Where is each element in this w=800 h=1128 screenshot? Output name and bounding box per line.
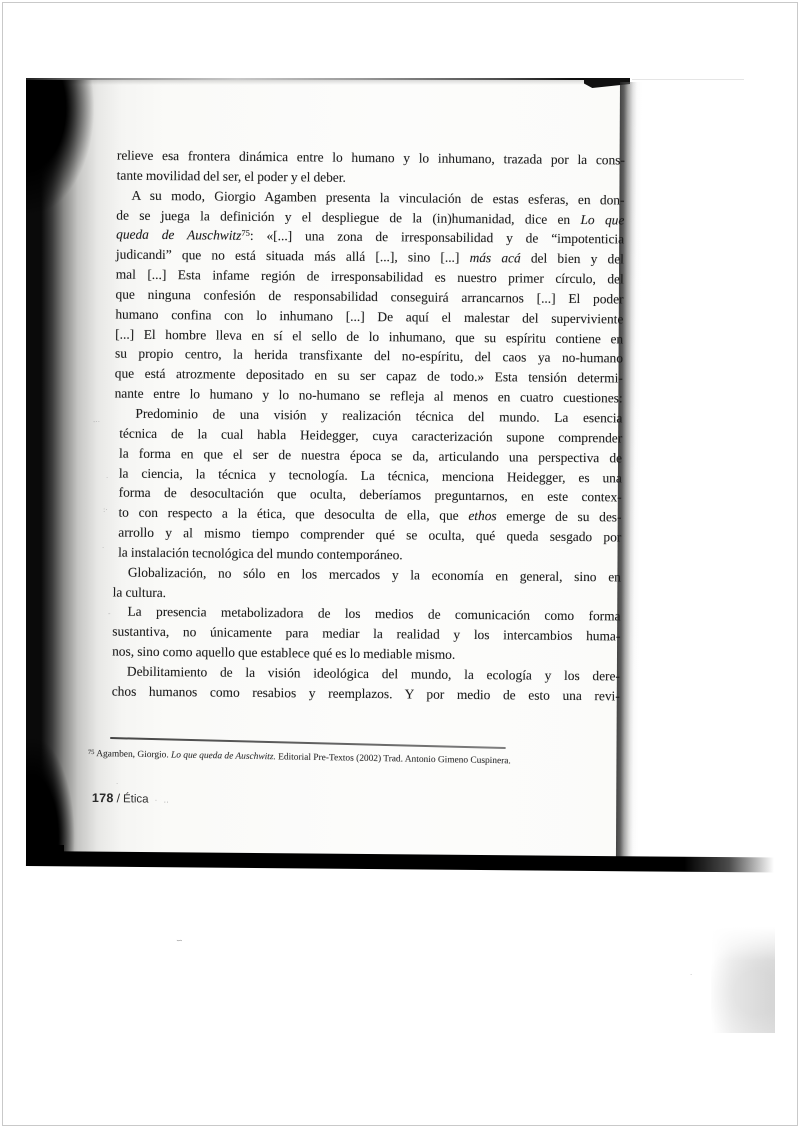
scanned-document-page: relieve esa frontera dinámica entre lo h… [0, 0, 800, 1128]
text-segment: A su modo, Giorgio Agamben presenta la v… [131, 187, 624, 207]
margin-mark: · [116, 781, 118, 788]
page-bottom-edge-shadow [26, 851, 774, 873]
margin-mark: · [106, 475, 108, 482]
text-segment: emerge de su des- [497, 508, 622, 524]
paragraph: La presencia metabolizadora de los medio… [112, 602, 621, 666]
margin-mark: :· [103, 507, 108, 514]
text-segment: que ninguna confesión de responsabilidad… [116, 286, 624, 306]
text-segment: Agamben, Giorgio. [94, 749, 171, 760]
text-segment: to con respecto a la ética, que desocult… [118, 505, 468, 523]
text-segment: mal [...] Esta infame región de irrespon… [116, 267, 624, 287]
text-segment: la ciencia, la técnica y tecnología. La … [119, 465, 622, 485]
text-segment: judicandi” que no está situada más allá … [116, 247, 470, 265]
text-segment: de se juega la definición y el despliegu… [116, 207, 580, 226]
paragraph: Globalización, no sólo en los mercados y… [113, 562, 621, 607]
footer-separator: / [117, 791, 120, 805]
page-text-block: relieve esa frontera dinámica entre lo h… [112, 146, 625, 706]
text-segment: relieve esa frontera dinámica entre lo h… [117, 148, 625, 168]
text-segment: nos, sino como aquello que establece qué… [112, 644, 455, 662]
margin-mark: - [108, 611, 111, 618]
text-segment: la cultura. [113, 584, 166, 600]
text-segment: sustantiva, no únicamente para mediar la… [112, 624, 620, 644]
text-segment: Debilitamiento de la visión ideológica d… [127, 664, 620, 684]
text-segment: que está atrozmente depositado en su ser… [115, 366, 623, 386]
text-segment: Lo que queda de Auschwitz. [171, 750, 276, 762]
page-top-edge-shadow [26, 78, 630, 80]
text-segment: tante movilidad del ser, el poder y el d… [117, 167, 346, 184]
footer-section-title: Ética [123, 793, 149, 805]
margin-mark: · [690, 972, 692, 979]
page-number: 178 [92, 791, 114, 805]
footnote-marker: 75 [88, 749, 95, 756]
text-segment: técnica de la cual habla Heidegger, cuya… [119, 425, 622, 445]
margin-mark: -·· [93, 419, 100, 426]
footer-smudge: · ‥ [155, 796, 171, 805]
text-segment: más acá [470, 250, 521, 265]
paragraph: Predominio de una visión y realización t… [113, 404, 623, 568]
text-segment: : «[...] una zona de irresponsabilidad y… [250, 228, 624, 247]
text-segment: [...] El hombre lleva en sí el sello de … [115, 326, 623, 346]
margin-mark: · [102, 545, 104, 552]
superscript: 75 [241, 228, 250, 238]
text-segment: ethos [468, 508, 496, 523]
margin-mark: ∽ [176, 937, 183, 944]
text-segment: Lo que [580, 212, 624, 227]
text-segment: queda de Auschwitz [116, 227, 241, 243]
text-segment: chos humanos como resabios y reemplazos.… [112, 683, 620, 703]
text-segment: forma de desocultación que oculta, deber… [119, 485, 622, 505]
text-segment: humano confina con lo inhumano [...] De … [115, 306, 623, 326]
text-segment: Globalización, no sólo en los mercados y… [128, 564, 621, 584]
text-segment: Predominio de una visión y realización t… [135, 406, 622, 426]
text-segment: nante entre lo humano y lo no-humano se … [115, 386, 623, 406]
scanner-shadow-blotch [711, 927, 775, 1033]
text-segment: la forma en que el ser de nuestra época … [119, 445, 622, 465]
text-segment: La presencia metabolizadora de los medio… [127, 604, 620, 624]
text-segment: del bien y del [521, 251, 624, 267]
text-segment: la instalación tecnológica del mundo con… [118, 544, 403, 562]
text-segment: su propio centro, la herida transfixante… [115, 346, 623, 366]
paragraph: Debilitamiento de la visión ideológica d… [112, 661, 620, 706]
page-footer: 178/Ética· ‥ [92, 789, 171, 808]
paragraph: relieve esa frontera dinámica entre lo h… [117, 146, 625, 191]
text-segment: arrollo y al mismo tiempo comprender qué… [118, 525, 621, 545]
scanner-platen-hairline [632, 79, 744, 80]
paragraph: A su modo, Giorgio Agamben presenta la v… [115, 185, 625, 408]
